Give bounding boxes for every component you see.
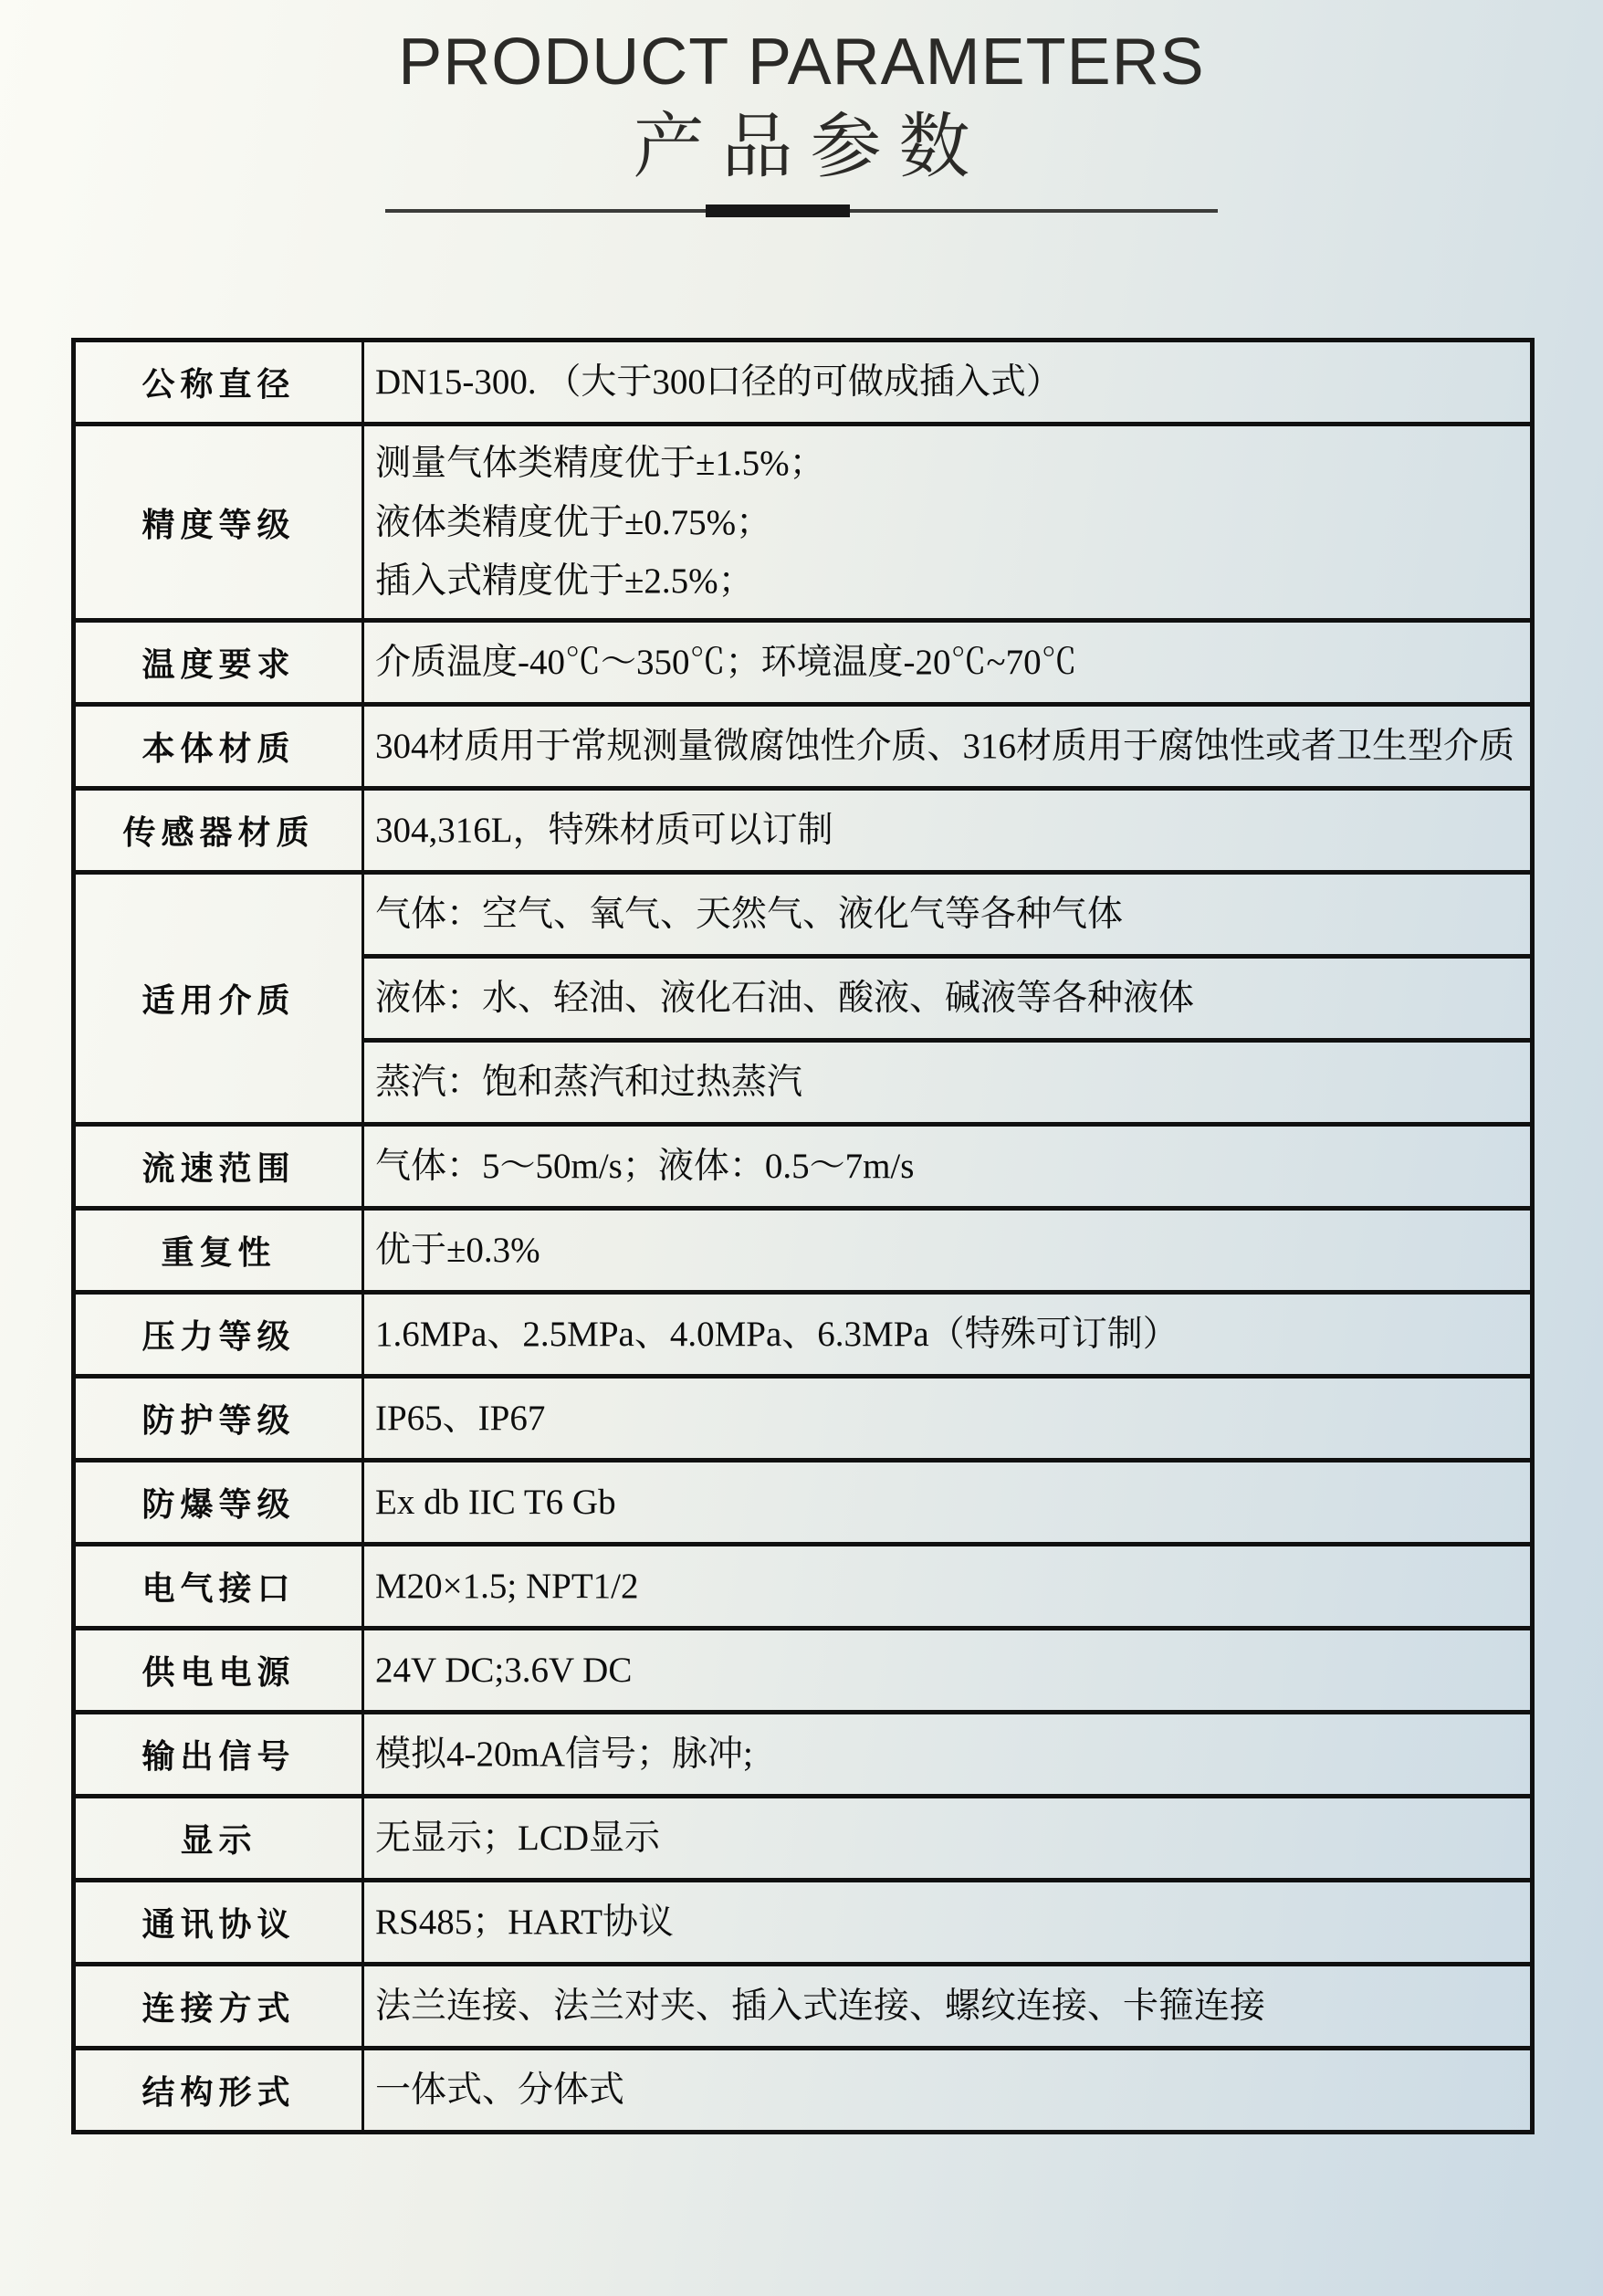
table-row: 传感器材质 304,316L，特殊材质可以订制 [74, 789, 1533, 873]
table-row: 压力等级 1.6MPa、2.5MPa、4.0MPa、6.3MPa（特殊可订制） [74, 1293, 1533, 1377]
row-value: DN15-300. （大于300口径的可做成插入式） [363, 341, 1533, 425]
row-label: 输出信号 [74, 1713, 363, 1797]
row-value: 法兰连接、法兰对夹、插入式连接、螺纹连接、卡箍连接 [363, 1965, 1533, 2049]
title-divider-block [706, 204, 850, 217]
parameters-table: 公称直径 DN15-300. （大于300口径的可做成插入式） 精度等级 测量气… [71, 338, 1535, 2134]
row-value: IP65、IP67 [363, 1377, 1533, 1461]
header: PRODUCT PARAMETERS 产品参数 [0, 27, 1603, 338]
row-label: 供电电源 [74, 1629, 363, 1713]
page-title-zh: 产品参数 [0, 110, 1603, 184]
row-value: 24V DC;3.6V DC [363, 1629, 1533, 1713]
row-label: 结构形式 [74, 2049, 363, 2133]
row-label: 连接方式 [74, 1965, 363, 2049]
table-row: 公称直径 DN15-300. （大于300口径的可做成插入式） [74, 341, 1533, 425]
row-label: 流速范围 [74, 1125, 363, 1209]
row-value: 一体式、分体式 [363, 2049, 1533, 2133]
row-label: 显示 [74, 1797, 363, 1881]
table-row: 输出信号 模拟4-20mA信号；脉冲; [74, 1713, 1533, 1797]
row-label: 重复性 [74, 1209, 363, 1293]
table-row: 适用介质 气体：空气、氧气、天然气、液化气等各种气体 [74, 873, 1533, 957]
row-label: 通讯协议 [74, 1881, 363, 1965]
row-label: 精度等级 [74, 425, 363, 621]
table-row: 供电电源 24V DC;3.6V DC [74, 1629, 1533, 1713]
table-row: 结构形式 一体式、分体式 [74, 2049, 1533, 2133]
row-label: 防爆等级 [74, 1461, 363, 1545]
table-row: 连接方式 法兰连接、法兰对夹、插入式连接、螺纹连接、卡箍连接 [74, 1965, 1533, 2049]
table-row: 本体材质 304材质用于常规测量微腐蚀性介质、316材质用于腐蚀性或者卫生型介质 [74, 705, 1533, 789]
row-label: 本体材质 [74, 705, 363, 789]
title-divider [385, 204, 1218, 217]
row-value: 测量气体类精度优于±1.5%； 液体类精度优于±0.75%； 插入式精度优于±2… [363, 425, 1533, 621]
row-value: 模拟4-20mA信号；脉冲; [363, 1713, 1533, 1797]
row-label: 压力等级 [74, 1293, 363, 1377]
table-row: 流速范围 气体：5～50m/s；液体：0.5～7m/s [74, 1125, 1533, 1209]
row-label: 适用介质 [74, 873, 363, 1125]
table-row: 重复性 优于±0.3% [74, 1209, 1533, 1293]
table-row: 温度要求 介质温度-40℃～350℃；环境温度-20℃~70℃ [74, 621, 1533, 705]
row-value: 蒸汽：饱和蒸汽和过热蒸汽 [363, 1041, 1533, 1125]
page-title-en: PRODUCT PARAMETERS [0, 27, 1603, 99]
row-value: Ex db IIC T6 Gb [363, 1461, 1533, 1545]
row-value: 气体：5～50m/s；液体：0.5～7m/s [363, 1125, 1533, 1209]
row-value: 无显示；LCD显示 [363, 1797, 1533, 1881]
row-label: 温度要求 [74, 621, 363, 705]
table-row: 精度等级 测量气体类精度优于±1.5%； 液体类精度优于±0.75%； 插入式精… [74, 425, 1533, 621]
row-value: 气体：空气、氧气、天然气、液化气等各种气体 [363, 873, 1533, 957]
row-value: 1.6MPa、2.5MPa、4.0MPa、6.3MPa（特殊可订制） [363, 1293, 1533, 1377]
row-value: RS485；HART协议 [363, 1881, 1533, 1965]
row-value: 304,316L，特殊材质可以订制 [363, 789, 1533, 873]
table-row: 防护等级 IP65、IP67 [74, 1377, 1533, 1461]
row-label: 电气接口 [74, 1545, 363, 1629]
table-row: 显示 无显示；LCD显示 [74, 1797, 1533, 1881]
page: PRODUCT PARAMETERS 产品参数 公称直径 DN15-300. （… [0, 0, 1603, 2296]
row-value: 液体：水、轻油、液化石油、酸液、碱液等各种液体 [363, 957, 1533, 1041]
row-value: 304材质用于常规测量微腐蚀性介质、316材质用于腐蚀性或者卫生型介质 [363, 705, 1533, 789]
row-value: 优于±0.3% [363, 1209, 1533, 1293]
row-label: 公称直径 [74, 341, 363, 425]
table-row: 电气接口 M20×1.5; NPT1/2 [74, 1545, 1533, 1629]
row-label: 传感器材质 [74, 789, 363, 873]
table-row: 防爆等级 Ex db IIC T6 Gb [74, 1461, 1533, 1545]
row-value: 介质温度-40℃～350℃；环境温度-20℃~70℃ [363, 621, 1533, 705]
row-value: M20×1.5; NPT1/2 [363, 1545, 1533, 1629]
row-label: 防护等级 [74, 1377, 363, 1461]
table-row: 通讯协议 RS485；HART协议 [74, 1881, 1533, 1965]
